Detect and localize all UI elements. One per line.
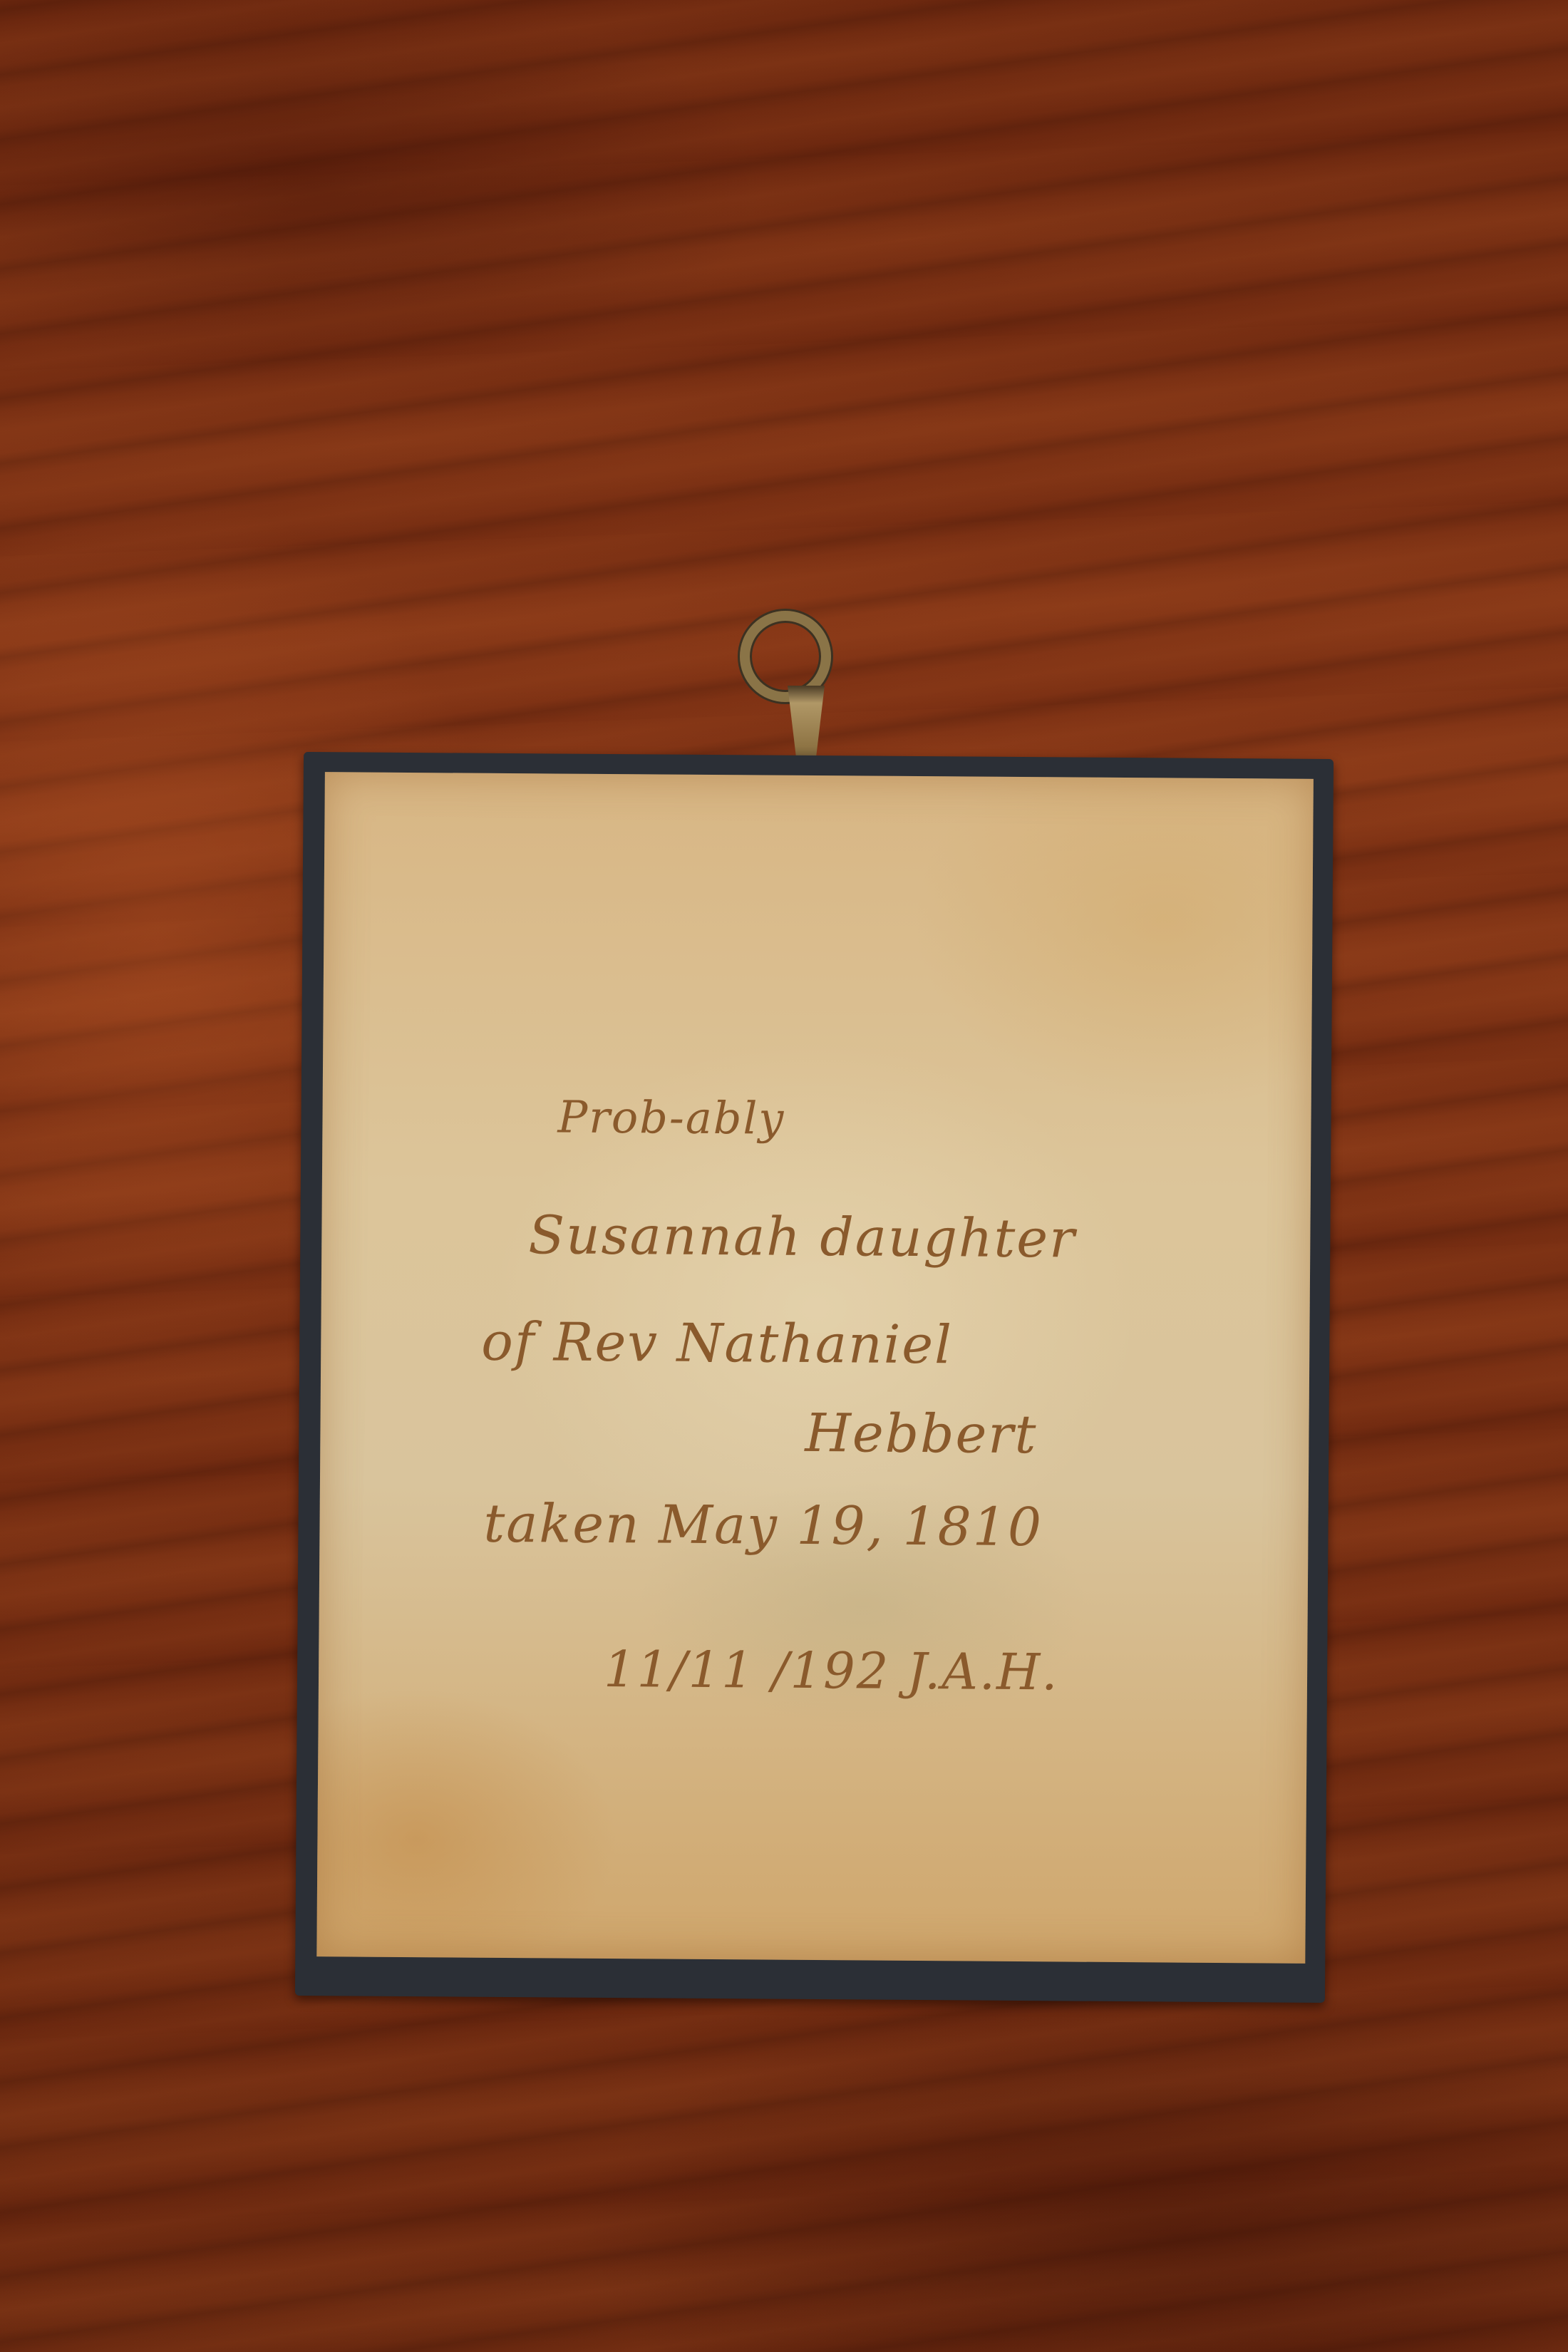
- inscription-line-father: of Rev Nathaniel: [481, 1311, 953, 1376]
- inscription-line-name: Susannah daughter: [528, 1205, 1076, 1269]
- inscription-line-date-taken: taken May 19, 1810: [483, 1493, 1043, 1558]
- inscription-line-surname: Hebbert: [805, 1403, 1038, 1465]
- picture-frame-back: Prob-ably Susannah daughter of Rev Natha…: [295, 752, 1334, 2003]
- paper-backing: Prob-ably Susannah daughter of Rev Natha…: [316, 772, 1314, 1964]
- inscription-line-probably: Prob-ably: [557, 1090, 785, 1144]
- inscription-line-signature: 11/11 /192 J.A.H.: [604, 1640, 1059, 1701]
